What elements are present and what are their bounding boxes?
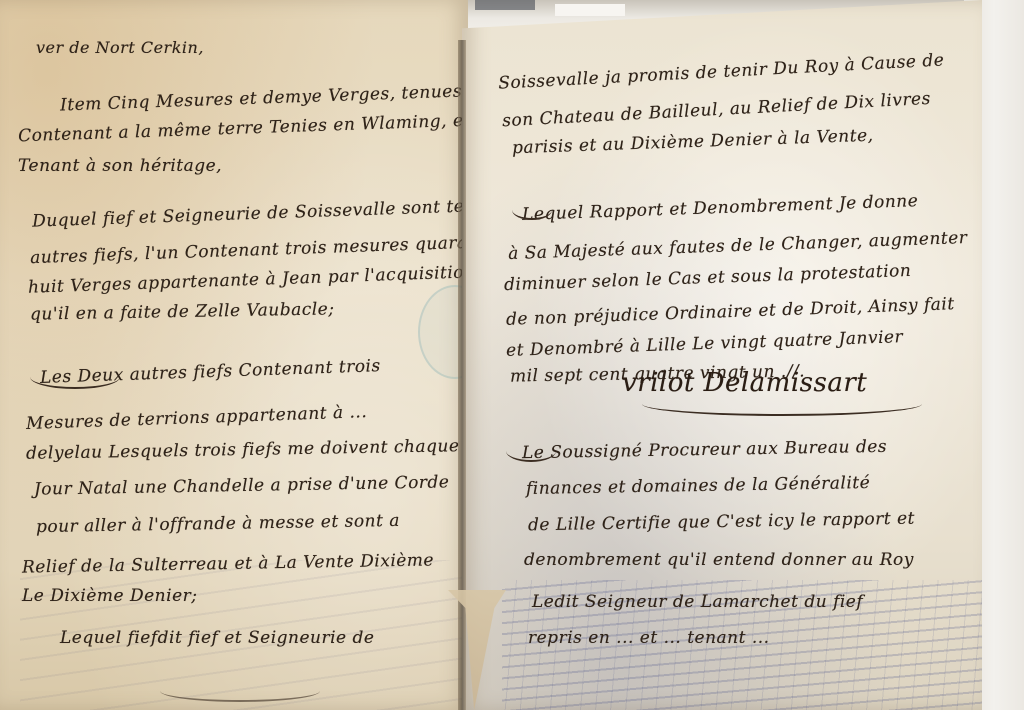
manuscript-line: à Sa Majesté aux fautes de le Changer, a… bbox=[508, 228, 968, 264]
left-page: ver de Nort Cerkin, Item Cinq Mesures et… bbox=[0, 0, 468, 710]
manuscript-line: repris en ... et ... tenant ... bbox=[528, 628, 770, 648]
manuscript-line: diminuer selon le Cas et sous la protest… bbox=[504, 261, 912, 295]
background-dark-object bbox=[475, 0, 535, 10]
manuscript-line: Lequel fiefdit fief et Seigneurie de bbox=[60, 628, 374, 648]
manuscript-line: denombrement qu'il entend donner au Roy bbox=[524, 550, 914, 570]
signature-flourish bbox=[642, 392, 922, 416]
right-page: Soissevalle ja promis de tenir Du Roy à … bbox=[462, 0, 982, 710]
manuscript-line: Soissevalle ja promis de tenir Du Roy à … bbox=[498, 50, 945, 93]
manuscript-line: delyelau Lesquels trois fiefs me doivent… bbox=[26, 436, 460, 464]
flourish-decoration bbox=[506, 440, 556, 462]
manuscript-line: autres fiefs, l'un Contenant trois mesur… bbox=[30, 232, 468, 268]
manuscript-line: Tenant à son héritage, bbox=[18, 156, 222, 176]
manuscript-line: son Chateau de Bailleul, au Relief de Di… bbox=[502, 89, 932, 131]
manuscript-line: de non préjudice Ordinaire et de Droit, … bbox=[506, 294, 955, 330]
flourish-decoration bbox=[30, 365, 120, 389]
book-gutter bbox=[458, 40, 466, 710]
manuscript-line: ver de Nort Cerkin, bbox=[36, 38, 204, 57]
manuscript-line: Jour Natal une Chandelle a prise d'une C… bbox=[34, 472, 450, 499]
manuscript-line: finances et domaines de la Généralité bbox=[526, 473, 871, 499]
manuscript-line: et Denombré à Lille Le vingt quatre Janv… bbox=[506, 327, 904, 361]
manuscript-line: huit Verges appartenante à Jean par l'ac… bbox=[28, 262, 468, 298]
manuscript-line: pour aller à l'offrande à messe et sont … bbox=[36, 511, 400, 537]
manuscript-line: Lequel Rapport et Denombrement Je donne bbox=[522, 191, 919, 225]
manuscript-line: qu'il en a faite de Zelle Vaubacle; bbox=[30, 299, 335, 324]
manuscript-line: Le Soussigné Procureur aux Bureau des bbox=[522, 437, 887, 463]
manuscript-line: Item Cinq Mesures et demye Verges, tenue… bbox=[60, 81, 468, 116]
manuscript-line: Ledit Seigneur de Lamarchet du fief bbox=[532, 592, 863, 612]
manuscript-line: Mesures de terrions appartenant à ... bbox=[26, 402, 368, 434]
manuscript-line: Contenant a la même terre Tenies en Wlam… bbox=[18, 110, 468, 147]
manuscript-line: Duquel fief et Seigneurie de Soissevalle… bbox=[32, 194, 468, 231]
manuscript-line: parisis et au Dixième Denier à la Vente, bbox=[512, 126, 874, 159]
background-light-object bbox=[555, 4, 625, 16]
flourish-decoration bbox=[160, 680, 320, 702]
manuscript-line: de Lille Certifie que C'est icy le rappo… bbox=[528, 509, 915, 536]
flourish-decoration bbox=[512, 200, 552, 220]
manuscript-line: Le Dixième Denier; bbox=[22, 586, 197, 606]
